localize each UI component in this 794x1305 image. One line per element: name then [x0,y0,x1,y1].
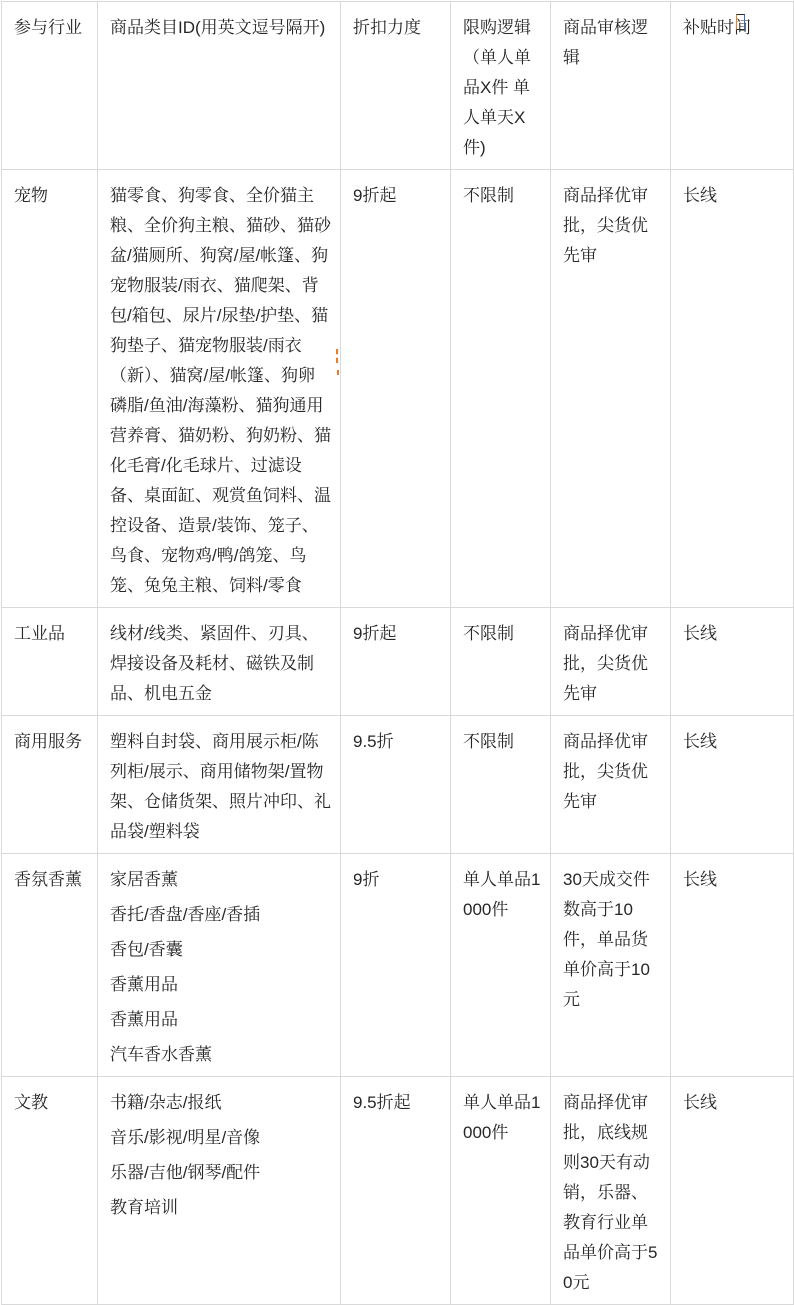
cell-industry: 宠物 [2,170,98,608]
category-paragraph: 教育培训 [110,1193,331,1223]
category-paragraph: 香薰用品 [110,970,331,1000]
cell-subsidy-time: 长线 [671,716,794,854]
table-row-pets: 宠物 猫零食、狗零食、全价猫主粮、全价狗主粮、猫砂、猫砂盆/猫厕所、狗窝/屋/帐… [2,170,794,608]
stray-dot-artifact [337,370,339,375]
table-row-industrial: 工业品 线材/线类、紧固件、刃具、焊接设备及耗材、磁铁及制品、机电五金 9折起 … [2,608,794,716]
cell-review-logic: 30天成交件数高于10件，单品货单价高于10元 [551,854,671,1077]
cell-discount: 9.5折起 [341,1077,451,1305]
column-header-discount: 折扣力度 [341,2,451,170]
column-header-category-ids: 商品类目ID(用英文逗号隔开) [98,2,341,170]
cell-purchase-limit: 不限制 [451,716,551,854]
header-row: 参与行业 商品类目ID(用英文逗号隔开) 折扣力度 限购逻辑（单人单品X件 单人… [2,2,794,170]
cell-categories: 家居香薰香托/香盘/香座/香插香包/香囊香薰用品香薰用品汽车香水香薰 [98,854,341,1077]
table-row-commercial: 商用服务 塑料自封袋、商用展示柜/陈列柜/展示、商用储物架/置物架、仓储货架、照… [2,716,794,854]
category-paragraph: 香托/香盘/香座/香插 [110,900,331,930]
cell-subsidy-time: 长线 [671,608,794,716]
cell-review-logic: 商品择优审批，底线规则30天有动销，乐器、教育行业单品单价高于50元 [551,1077,671,1305]
cell-categories: 书籍/杂志/报纸音乐/影视/明星/音像乐器/吉他/钢琴/配件教育培训 [98,1077,341,1305]
cell-industry: 香氛香薰 [2,854,98,1077]
cell-review-logic: 商品择优审批，尖货优先审 [551,716,671,854]
cell-purchase-limit: 不限制 [451,170,551,608]
category-paragraph: 书籍/杂志/报纸 [110,1088,331,1118]
stray-dash-artifact [336,349,338,363]
cell-subsidy-time: 长线 [671,1077,794,1305]
cell-discount: 9折 [341,854,451,1077]
category-paragraph: 猫零食、狗零食、全价猫主粮、全价狗主粮、猫砂、猫砂盆/猫厕所、狗窝/屋/帐篷、狗… [110,181,331,601]
category-paragraph: 汽车香水香薰 [110,1040,331,1070]
category-paragraph: 香包/香囊 [110,935,331,965]
column-header-subsidy-time: 补贴时间 [671,2,794,170]
category-paragraph: 线材/线类、紧固件、刃具、焊接设备及耗材、磁铁及制品、机电五金 [110,619,331,709]
cell-industry: 文教 [2,1077,98,1305]
cell-subsidy-time: 长线 [671,170,794,608]
cell-categories: 猫零食、狗零食、全价猫主粮、全价狗主粮、猫砂、猫砂盆/猫厕所、狗窝/屋/帐篷、狗… [98,170,341,608]
column-header-review-logic: 商品审核逻辑 [551,2,671,170]
text-cursor-artifact [736,14,745,30]
cell-categories: 塑料自封袋、商用展示柜/陈列柜/展示、商用储物架/置物架、仓储货架、照片冲印、礼… [98,716,341,854]
category-paragraph: 乐器/吉他/钢琴/配件 [110,1158,331,1188]
cell-review-logic: 商品择优审批，尖货优先审 [551,608,671,716]
category-paragraph: 音乐/影视/明星/音像 [110,1123,331,1153]
cell-discount: 9折起 [341,608,451,716]
subsidy-rules-table: 参与行业 商品类目ID(用英文逗号隔开) 折扣力度 限购逻辑（单人单品X件 单人… [1,1,794,1305]
cell-industry: 商用服务 [2,716,98,854]
cell-purchase-limit: 不限制 [451,608,551,716]
cell-subsidy-time: 长线 [671,854,794,1077]
cell-discount: 9.5折 [341,716,451,854]
cell-purchase-limit: 单人单品1000件 [451,1077,551,1305]
column-header-purchase-limit: 限购逻辑（单人单品X件 单人单天X件) [451,2,551,170]
table-row-fragrance: 香氛香薰 家居香薰香托/香盘/香座/香插香包/香囊香薰用品香薰用品汽车香水香薰 … [2,854,794,1077]
category-paragraph: 香薰用品 [110,1005,331,1035]
column-header-industry: 参与行业 [2,2,98,170]
table-row-education: 文教 书籍/杂志/报纸音乐/影视/明星/音像乐器/吉他/钢琴/配件教育培训 9.… [2,1077,794,1305]
cell-review-logic: 商品择优审批，尖货优先审 [551,170,671,608]
category-paragraph: 家居香薰 [110,865,331,895]
category-paragraph: 塑料自封袋、商用展示柜/陈列柜/展示、商用储物架/置物架、仓储货架、照片冲印、礼… [110,727,331,847]
cell-purchase-limit: 单人单品1000件 [451,854,551,1077]
cell-discount: 9折起 [341,170,451,608]
cell-categories: 线材/线类、紧固件、刃具、焊接设备及耗材、磁铁及制品、机电五金 [98,608,341,716]
cell-industry: 工业品 [2,608,98,716]
